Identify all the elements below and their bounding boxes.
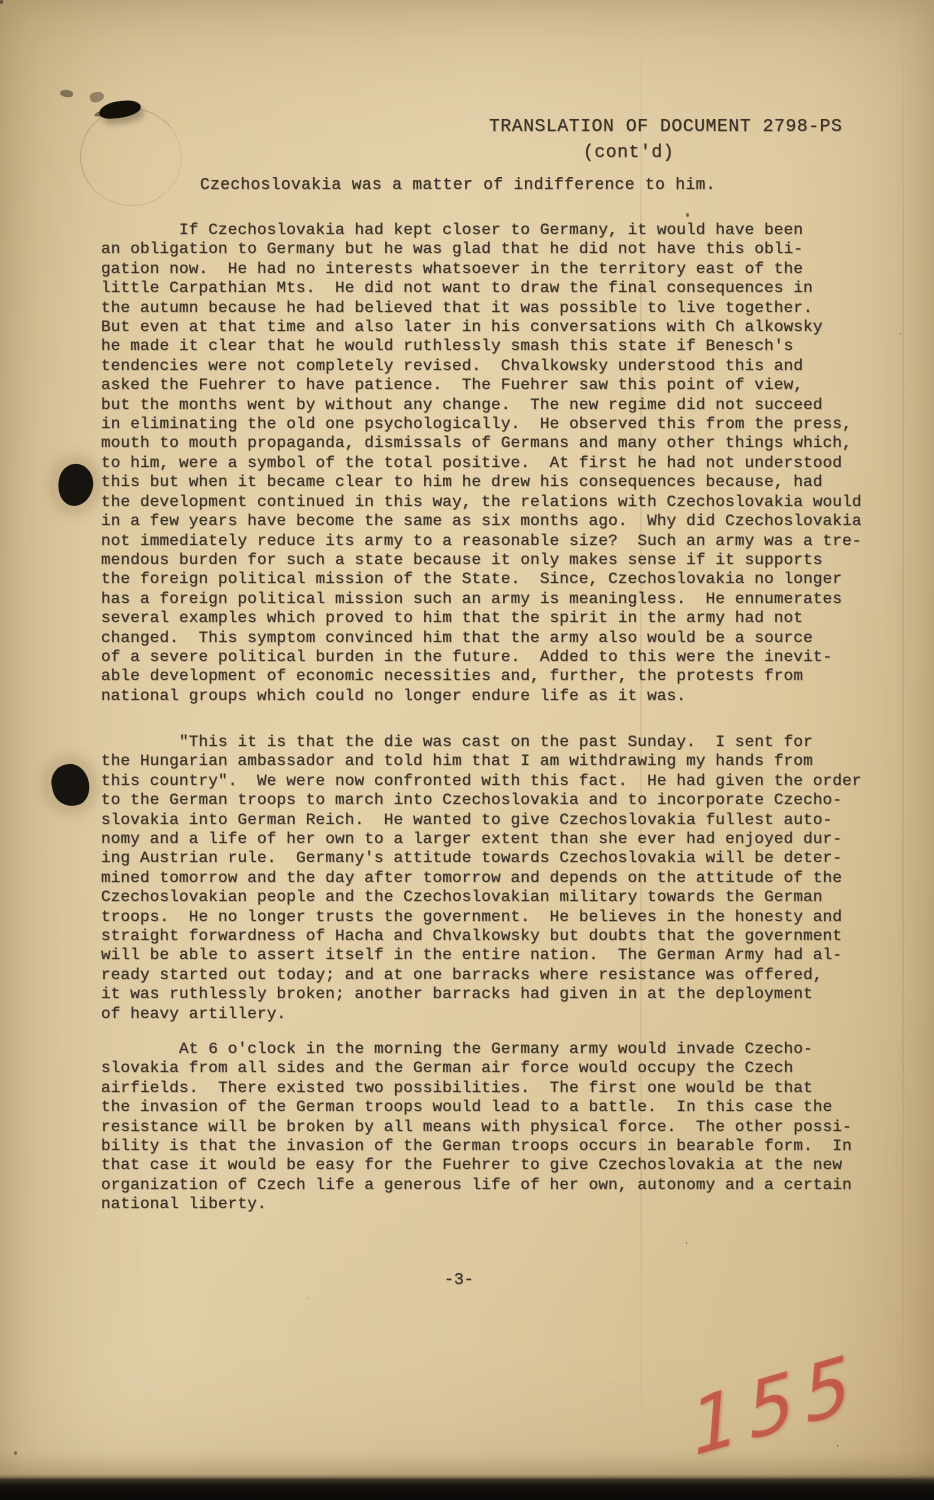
scan-bottom-edge: [0, 1474, 934, 1500]
ink-speck: [89, 90, 105, 103]
paper-crease-circle: [74, 101, 189, 212]
scanned-document-page: TRANSLATION OF DOCUMENT 2798-PS (cont'd)…: [0, 0, 934, 1500]
paper-crease-line: [902, 0, 904, 1478]
ink-speck: [59, 89, 73, 98]
punch-hole: [48, 761, 93, 810]
body-paragraph-3: At 6 o'clock in the morning the Germany …: [101, 1040, 891, 1215]
document-title: TRANSLATION OF DOCUMENT 2798-PS: [489, 117, 842, 137]
punch-hole: [53, 460, 98, 510]
paper-specks: [0, 0, 1, 1]
page-number: -3-: [444, 1270, 474, 1289]
body-paragraph-2: "This it is that the die was cast on the…: [101, 733, 891, 1024]
body-paragraph-1: If Czechoslovakia had kept closer to Ger…: [101, 221, 891, 706]
section-heading: Czechoslovakia was a matter of indiffere…: [200, 176, 716, 194]
document-title-continued: (cont'd): [583, 143, 674, 163]
